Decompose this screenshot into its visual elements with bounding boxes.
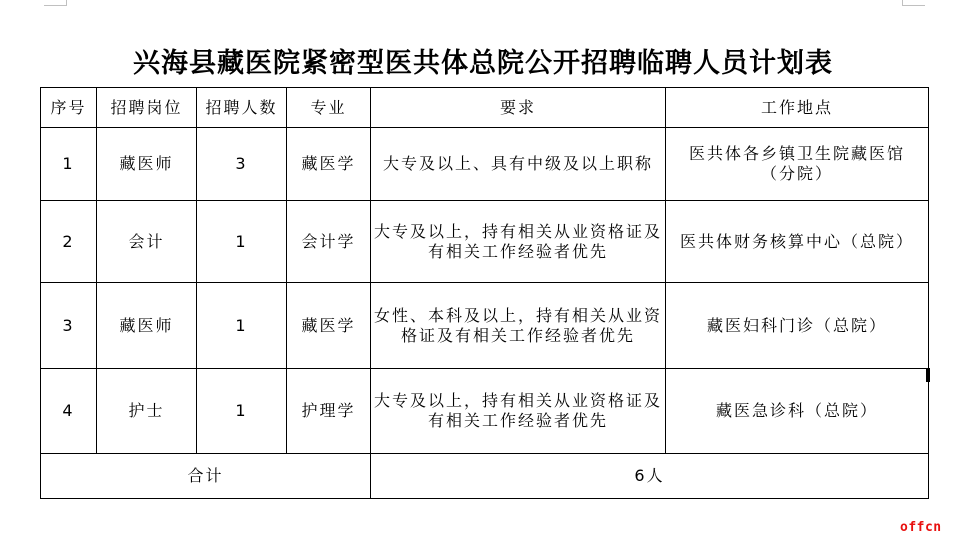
table-row: 4 护士 1 护理学 大专及以上，持有相关从业资格证及有相关工作经验者优先 藏医… — [41, 369, 929, 454]
cell-position: 护士 — [97, 369, 197, 454]
cell-position: 会计 — [97, 201, 197, 283]
document-title: 兴海县藏医院紧密型医共体总院公开招聘临聘人员计划表 — [0, 46, 966, 82]
table-row: 1 藏医师 3 藏医学 大专及以上、具有中级及以上职称 医共体各乡镇卫生院藏医馆… — [41, 128, 929, 201]
header-requirement: 要求 — [371, 88, 666, 128]
table-header-row: 序号 招聘岗位 招聘人数 专业 要求 工作地点 — [41, 88, 929, 128]
cell-requirement: 大专及以上，持有相关从业资格证及有相关工作经验者优先 — [371, 201, 666, 283]
cell-major: 藏医学 — [287, 128, 371, 201]
recruitment-plan-table: 序号 招聘岗位 招聘人数 专业 要求 工作地点 1 藏医师 3 藏医学 大专及以… — [40, 87, 929, 499]
cell-no: 1 — [41, 128, 97, 201]
header-no: 序号 — [41, 88, 97, 128]
page-corner-mark-right — [902, 0, 925, 6]
cell-position: 藏医师 — [97, 283, 197, 369]
cell-position: 藏医师 — [97, 128, 197, 201]
cell-count: 3 — [197, 128, 287, 201]
total-label: 合计 — [41, 454, 371, 499]
cell-major: 会计学 — [287, 201, 371, 283]
header-location: 工作地点 — [666, 88, 929, 128]
total-value: 6人 — [371, 454, 929, 499]
cell-location: 医共体财务核算中心（总院） — [666, 201, 929, 283]
table-row: 2 会计 1 会计学 大专及以上，持有相关从业资格证及有相关工作经验者优先 医共… — [41, 201, 929, 283]
cell-no: 3 — [41, 283, 97, 369]
table-row: 3 藏医师 1 藏医学 女性、本科及以上，持有相关从业资格证及有相关工作经验者优… — [41, 283, 929, 369]
header-count: 招聘人数 — [197, 88, 287, 128]
cell-requirement: 大专及以上、具有中级及以上职称 — [371, 128, 666, 201]
cell-major: 护理学 — [287, 369, 371, 454]
table-resize-marker — [926, 368, 930, 382]
cell-count: 1 — [197, 283, 287, 369]
header-major: 专业 — [287, 88, 371, 128]
cell-location: 藏医急诊科（总院） — [666, 369, 929, 454]
cell-location: 医共体各乡镇卫生院藏医馆（分院） — [666, 128, 929, 201]
cell-location: 藏医妇科门诊（总院） — [666, 283, 929, 369]
cell-no: 2 — [41, 201, 97, 283]
cell-requirement: 大专及以上，持有相关从业资格证及有相关工作经验者优先 — [371, 369, 666, 454]
cell-major: 藏医学 — [287, 283, 371, 369]
cell-count: 1 — [197, 201, 287, 283]
cell-no: 4 — [41, 369, 97, 454]
page-corner-mark-left — [44, 0, 67, 6]
total-row: 合计 6人 — [41, 454, 929, 499]
cell-requirement: 女性、本科及以上，持有相关从业资格证及有相关工作经验者优先 — [371, 283, 666, 369]
header-position: 招聘岗位 — [97, 88, 197, 128]
cell-count: 1 — [197, 369, 287, 454]
watermark-logo: offcn — [900, 520, 942, 535]
